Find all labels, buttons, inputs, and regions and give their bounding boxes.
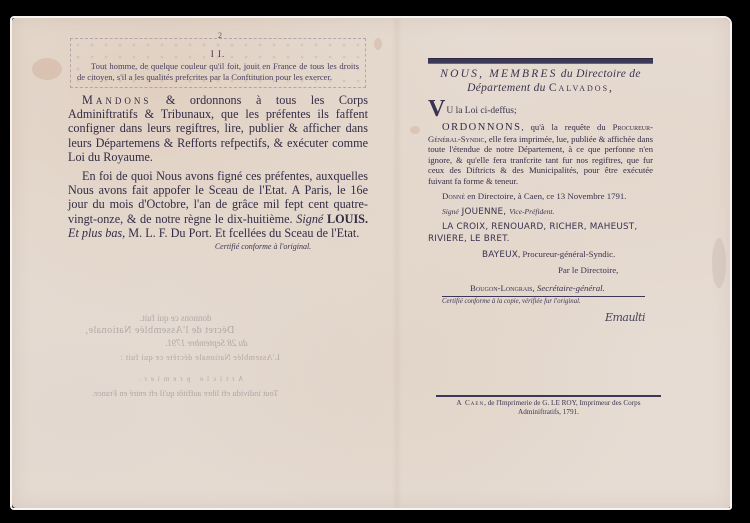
given-line: Donné en Directoire, à Caen, ce 13 Novem… [428,190,653,202]
directory-heading: NOUS, MEMBRES du Directoire de Départeme… [428,67,653,95]
show-through-line: Décret de l'Assemblée Nationale, [85,325,234,336]
section-number: I I. [77,49,359,59]
imprint-city: A Caen [456,399,484,407]
foxing-stain [374,38,382,50]
show-through-line: Tout individu eft libre auffitôt qu'il e… [92,388,278,398]
foxing-stain [410,126,420,134]
countersign-text: M. L. F. Du Port. Et fcellées du Sceau d… [128,226,359,240]
heading-members: NOUS, MEMBRES [440,68,557,80]
signe-label: Signé [442,207,459,216]
member-names: LA CROIX, RENOUARD, RICHER, MAHEUST, RIV… [428,221,653,245]
vu-line: VU la Loi ci-deffus; [428,99,653,119]
ordonnons-text: , qu'à la requête du [521,122,612,132]
article-box: 2 I I. Tout homme, de quelque couleur qu… [70,38,366,88]
show-through-line: L'Assemblée Nationale décrète ce qui fui… [120,353,280,362]
header-rule [428,58,653,64]
handwritten-signature: Emaulti [428,311,653,324]
show-through-line: du 28 Septembre 1791. [165,338,248,348]
secretary-line: Bougon-Longrais, Secrétaire-général. [428,282,653,294]
article-text: Tout homme, de quelque couleur qu'il foi… [77,61,359,83]
imprint-printer: , de l'Imprimerie de G. LE ROY, Imprimeu… [484,399,640,407]
ordonnons-paragraph: ORDONNONS, qu'à la requête du Procureur-… [428,122,653,187]
procureur-name: BAYEUX [482,250,518,260]
page-number: 2 [218,31,222,40]
king-signature: LOUIS. [327,212,368,226]
donne-label: Donné [442,191,465,201]
par-le-directoire: Par le Directoire, [428,264,653,276]
show-through-line: Article premier. [135,375,243,383]
donne-text: en Directoire, à Caen, ce 13 Novembre 17… [465,191,626,201]
foxing-stain [32,58,62,80]
ordonnons-lead: ORDONNONS [442,122,521,133]
procureur-line: BAYEUX, Procureur-général-Syndic. [428,248,653,261]
signed-line: Signé JOUENNE, Vice-Préfident. [428,205,653,218]
procureur-title: , Procureur-général-Syndic. [518,249,615,259]
attestation-paragraph: En foi de quoi Nous avons figné ces préf… [68,169,368,240]
right-page: NOUS, MEMBRES du Directoire de Départeme… [428,58,653,324]
signed-label: Signé [296,212,323,226]
imprint-rule [436,395,661,397]
show-through-line: donnons ce qui fuit. [140,313,212,323]
heading-directoire: du Directoire de [558,68,641,80]
heading-departement: Département du [467,82,549,94]
left-page: 2 I I. Tout homme, de quelque couleur qu… [68,38,368,251]
secretary-title: , Secrétaire-général. [533,283,605,293]
mandate-lead: Mandons [82,93,151,107]
secretary-name: Bougon-Longrais [470,283,533,293]
certified-copy: Certifié conforme à la copie, vérifiée f… [428,298,653,305]
imprint-year: Adminiftratifs, 1791. [518,408,579,416]
signature-rule [442,296,645,297]
foxing-stain [712,238,726,288]
countersign-label: Et plus bas, [68,226,125,240]
attestation-text: En foi de quoi Nous avons figné ces préf… [68,169,368,226]
vu-text: U la Loi ci-deffus; [446,106,516,116]
printer-imprint: A Caen, de l'Imprimerie de G. LE ROY, Im… [436,395,661,417]
vice-president-name: JOUENNE, [459,207,510,217]
drop-cap: V [428,96,445,122]
imprint-text: A Caen, de l'Imprimerie de G. LE ROY, Im… [436,399,661,417]
certified-original: Certifié conforme à l'original. [68,242,368,251]
vice-president-title: Vice-Préfident. [509,207,554,216]
heading-calvados: Calvados, [549,82,614,94]
mandate-paragraph: Mandons & ordonnons à tous les Corps Adm… [68,93,368,164]
center-fold [392,18,402,508]
